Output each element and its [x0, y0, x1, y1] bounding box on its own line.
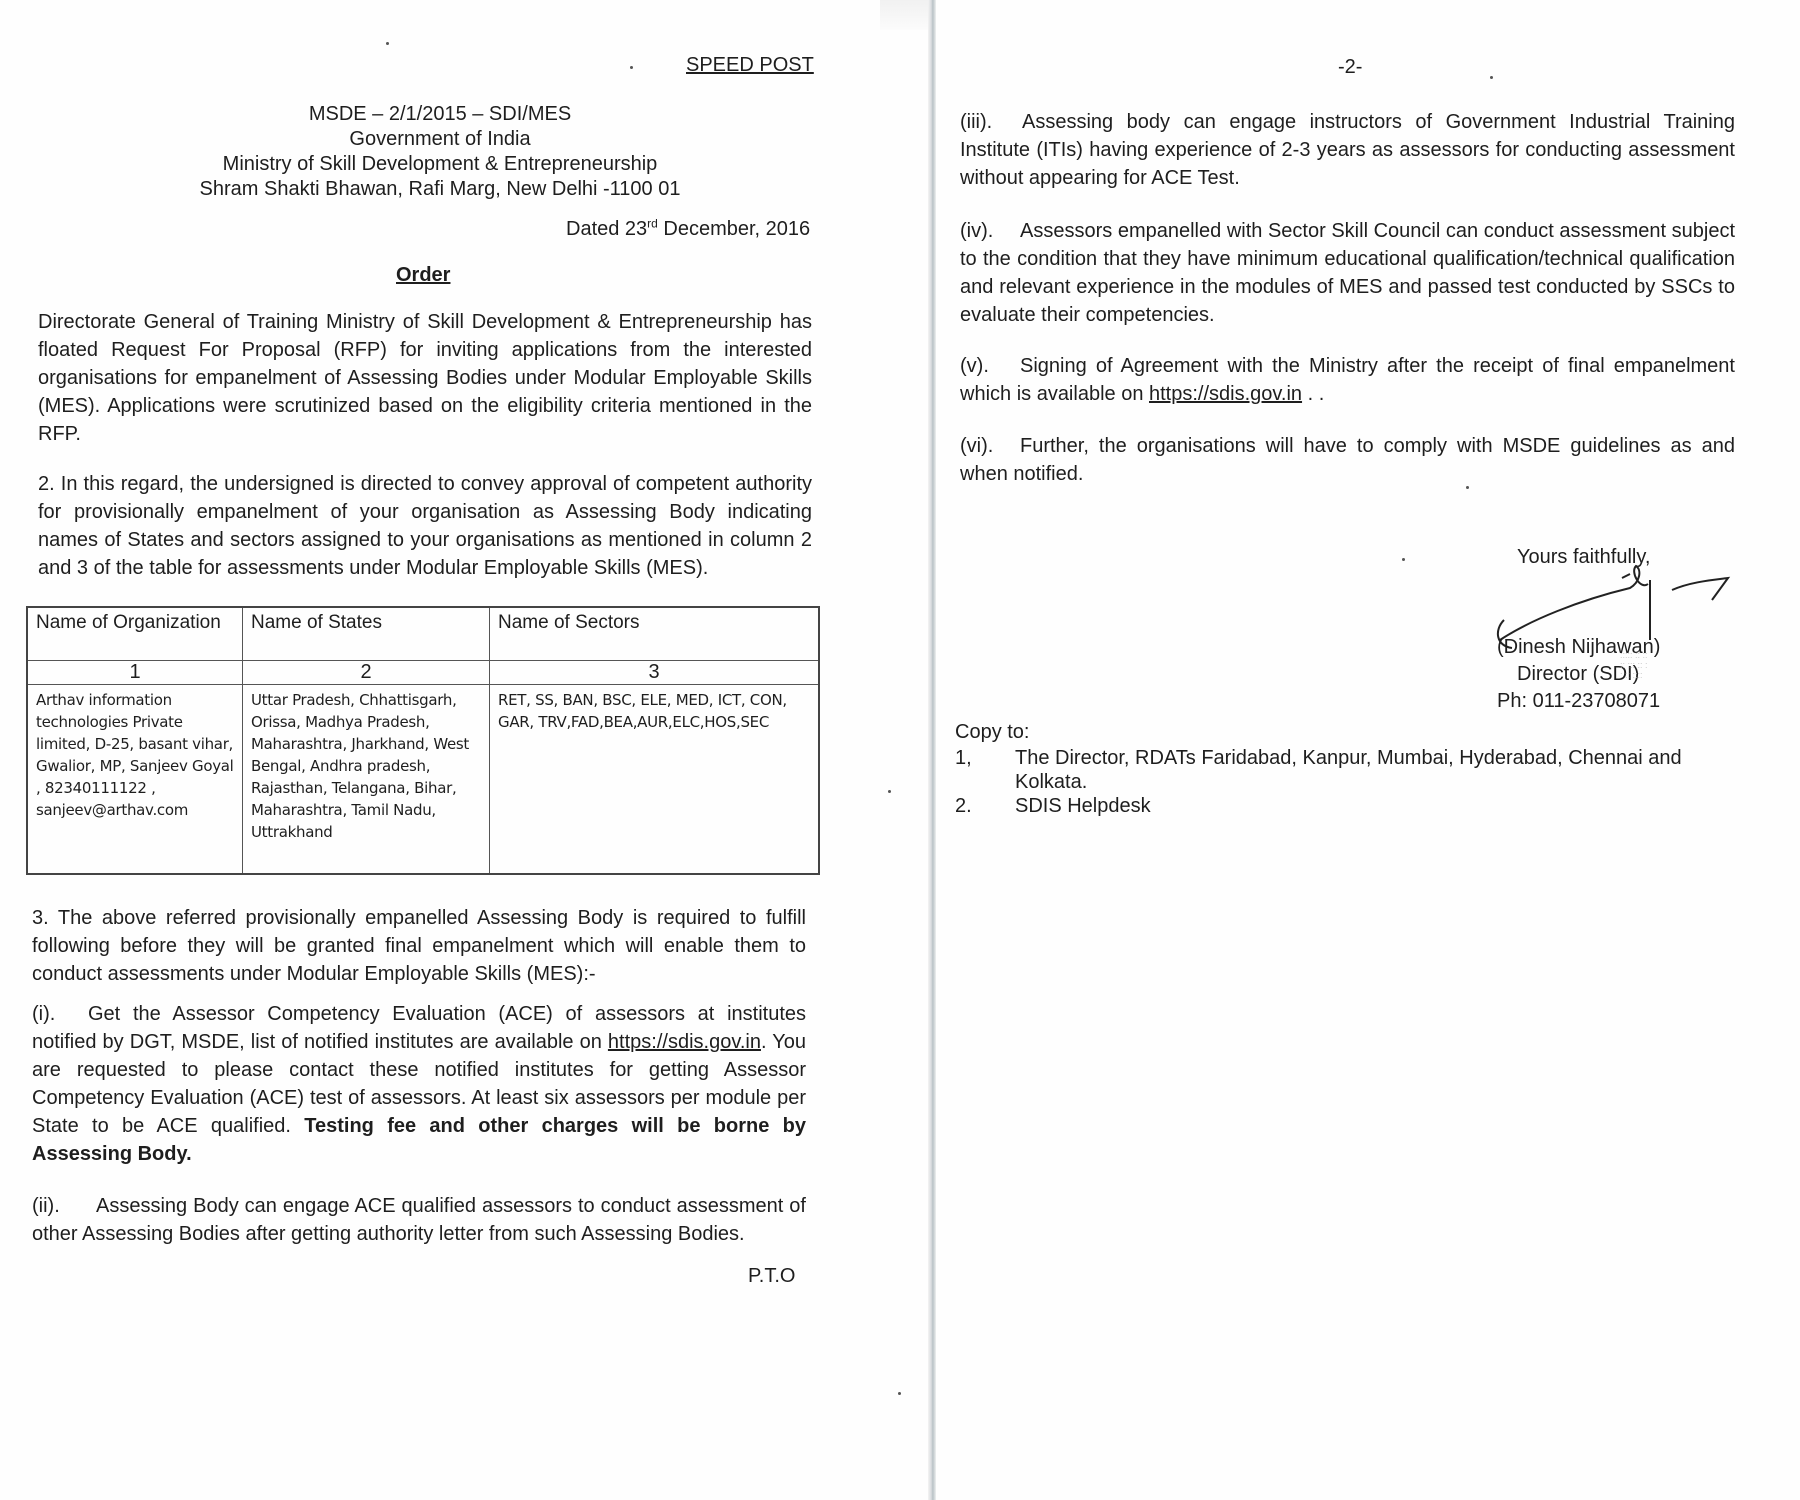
page-divider: [928, 0, 936, 1500]
government-name: Government of India: [150, 127, 730, 152]
date-line: Dated 23rd December, 2016: [566, 218, 810, 241]
condition-vi-text: Further, the organisations will have to …: [960, 435, 1735, 485]
condition-v-text: Signing of Agreement with the Ministry a…: [960, 355, 1735, 405]
column-number-2: 2: [243, 661, 490, 685]
condition-i: (i).Get the Assessor Competency Evaluati…: [32, 1000, 806, 1168]
column-number-3: 3: [490, 661, 820, 685]
file-number: MSDE – 2/1/2015 – SDI/MES: [150, 102, 730, 127]
copy-to-heading: Copy to:: [955, 720, 1735, 744]
condition-ii: (ii).Assessing Body can engage ACE quali…: [32, 1192, 806, 1248]
condition-v: (v).Signing of Agreement with the Minist…: [960, 352, 1735, 408]
list-item: 1, The Director, RDATs Faridabad, Kanpur…: [955, 746, 1735, 794]
date-prefix: Dated 23: [566, 218, 647, 240]
condition-ii-text: Assessing Body can engage ACE qualified …: [32, 1195, 806, 1245]
paragraph-1: Directorate General of Training Ministry…: [38, 308, 812, 448]
scan-speck: [888, 790, 891, 793]
condition-vi: (vi).Further, the organisations will hav…: [960, 432, 1735, 488]
condition-iii-text: Assessing body can engage instructors of…: [960, 111, 1735, 189]
date-rest: December, 2016: [658, 218, 810, 240]
document-page-1: SPEED POST MSDE – 2/1/2015 – SDI/MES Gov…: [0, 0, 930, 1500]
organization-cell: Arthav information technologies Private …: [27, 685, 243, 875]
condition-v-text-after: . .: [1302, 383, 1324, 405]
condition-vi-label: (vi).: [960, 432, 1020, 460]
ministry-address: Shram Shakti Bhawan, Rafi Marg, New Delh…: [150, 177, 730, 202]
sectors-cell: RET, SS, BAN, BSC, ELE, MED, ICT, CON, G…: [490, 685, 820, 875]
order-title: Order: [396, 264, 450, 287]
signer-phone: Ph: 011-23708071: [1497, 688, 1660, 715]
copy-recipient: The Director, RDATs Faridabad, Kanpur, M…: [1015, 746, 1735, 794]
pto-label: P.T.O: [748, 1265, 795, 1288]
ministry-name: Ministry of Skill Development & Entrepre…: [150, 152, 730, 177]
scan-speck: [898, 1392, 901, 1395]
paragraph-2: 2. In this regard, the undersigned is di…: [38, 470, 812, 582]
sdis-link[interactable]: https://sdis.gov.in: [1149, 383, 1302, 405]
paragraph-3: 3. The above referred provisionally empa…: [32, 904, 806, 988]
condition-iv-text: Assessors empanelled with Sector Skill C…: [960, 220, 1735, 326]
copy-recipient: SDIS Helpdesk: [1015, 794, 1151, 818]
copy-number: 2.: [955, 794, 1015, 818]
scan-speck: [1402, 558, 1405, 561]
header-states: Name of States: [243, 607, 490, 661]
column-number-1: 1: [27, 661, 243, 685]
page-number: -2-: [1338, 56, 1362, 79]
sdis-link[interactable]: https://sdis.gov.in: [608, 1031, 761, 1053]
condition-iv: (iv).Assessors empanelled with Sector Sk…: [960, 217, 1735, 329]
scan-speck: [386, 42, 389, 45]
scan-speck: [630, 66, 633, 69]
scan-speck: [1490, 76, 1493, 79]
condition-iii-label: (iii).: [960, 108, 1022, 136]
condition-iv-label: (iv).: [960, 217, 1020, 245]
faint-stamp: ::::: :: :::: ::: :: :: :: ::::: [1620, 650, 1648, 680]
table-row: Arthav information technologies Private …: [27, 685, 819, 875]
date-ordinal: rd: [647, 216, 658, 230]
letterhead: MSDE – 2/1/2015 – SDI/MES Government of …: [150, 102, 730, 202]
speed-post-label: SPEED POST: [686, 54, 814, 77]
states-cell: Uttar Pradesh, Chhattisgarh, Orissa, Mad…: [243, 685, 490, 875]
condition-v-label: (v).: [960, 352, 1020, 380]
header-organization: Name of Organization: [27, 607, 243, 661]
condition-iii: (iii).Assessing body can engage instruct…: [960, 108, 1735, 192]
condition-ii-label: (ii).: [32, 1192, 96, 1220]
copy-to-section: Copy to: 1, The Director, RDATs Faridaba…: [955, 720, 1735, 818]
scan-speck: [1466, 486, 1469, 489]
header-sectors: Name of Sectors: [490, 607, 820, 661]
empanelment-table: Name of Organization Name of States Name…: [26, 606, 820, 875]
copy-number: 1,: [955, 746, 1015, 794]
list-item: 2. SDIS Helpdesk: [955, 794, 1735, 818]
condition-i-label: (i).: [32, 1000, 88, 1028]
